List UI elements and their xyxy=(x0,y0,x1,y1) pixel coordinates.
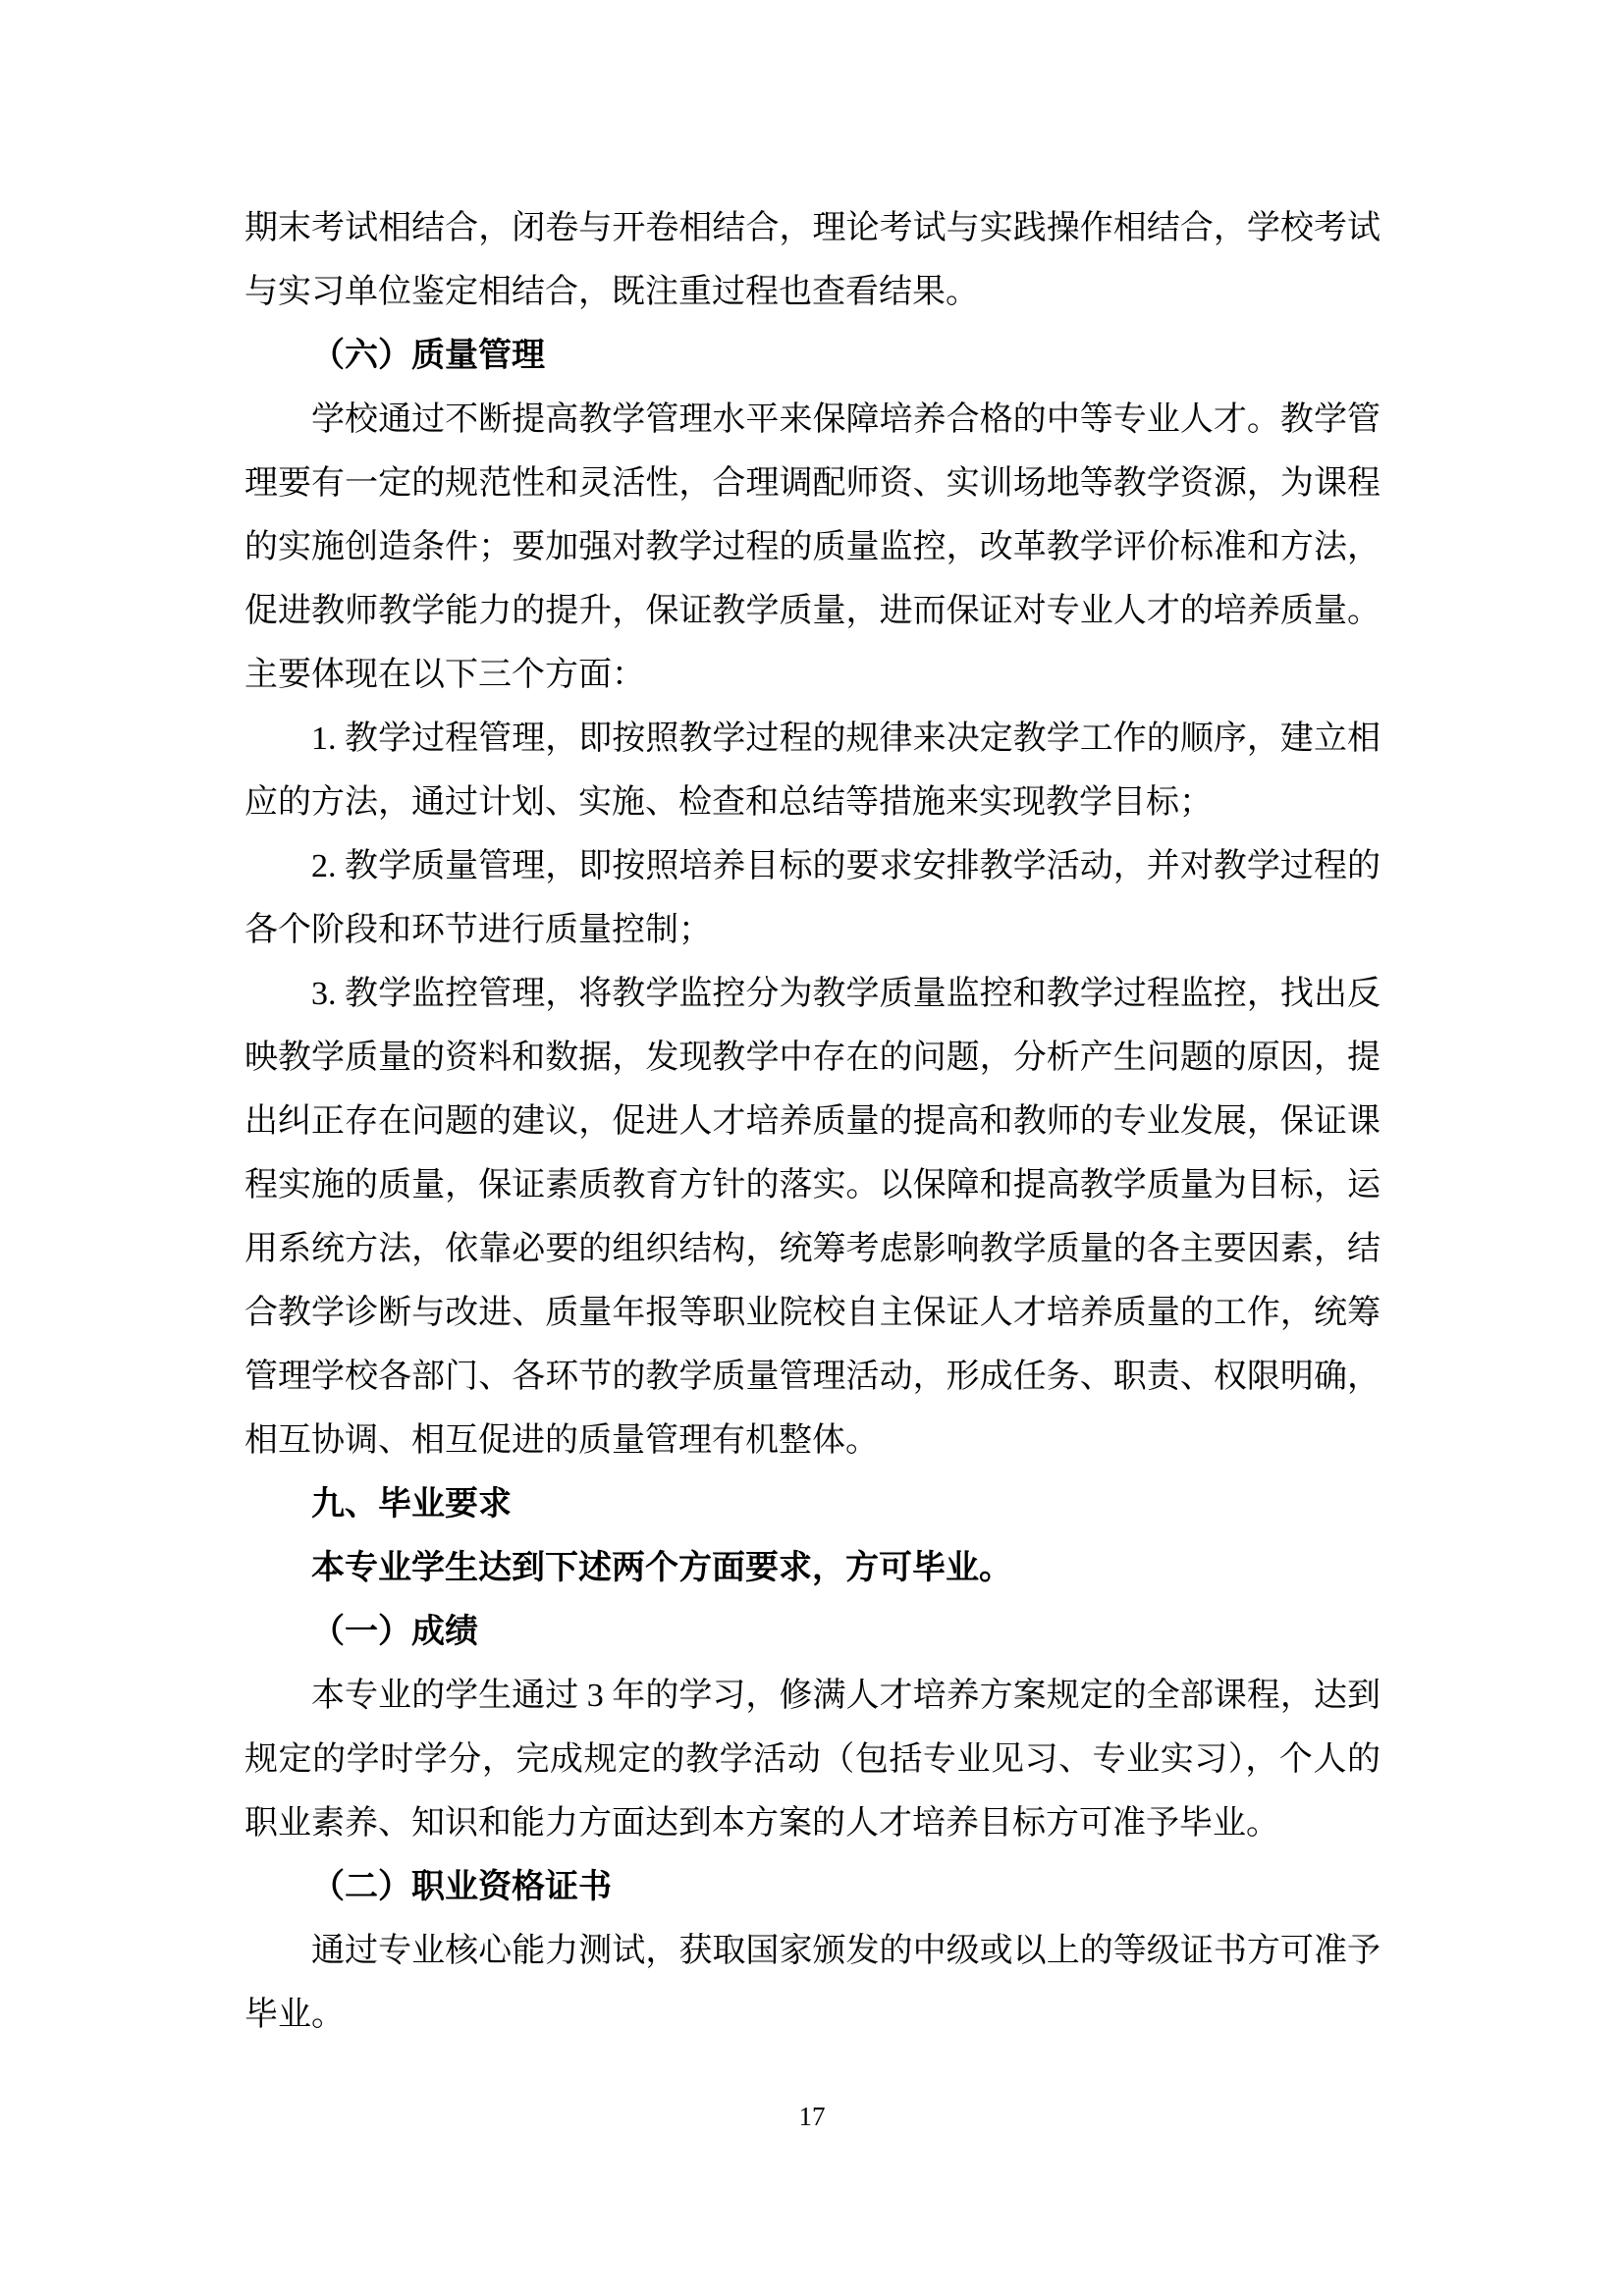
para-grades-detail: 本专业的学生通过 3 年的学习，修满人才培养方案规定的全部课程，达到规定的学时学… xyxy=(244,1664,1380,1855)
para-item-1-teaching-process-management: 1. 教学过程管理，即按照教学过程的规律来决定教学工作的顺序，建立相应的方法，通… xyxy=(244,707,1380,834)
document-page: 期末考试相结合，闭卷与开卷相结合，理论考试与实践操作相结合，学校考试与实习单位鉴… xyxy=(0,0,1624,2296)
para-exam-methods-continuation: 期末考试相结合，闭卷与开卷相结合，理论考试与实践操作相结合，学校考试与实习单位鉴… xyxy=(244,196,1380,324)
heading-9-graduation-requirements: 九、毕业要求 xyxy=(244,1472,1380,1536)
para-item-2-teaching-quality-management: 2. 教学质量管理，即按照培养目标的要求安排教学活动，并对教学过程的各个阶段和环… xyxy=(244,834,1380,962)
page-number: 17 xyxy=(0,2099,1624,2134)
para-graduation-requirements-intro: 本专业学生达到下述两个方面要求，方可毕业。 xyxy=(244,1536,1380,1600)
para-certificate-detail: 通过专业核心能力测试，获取国家颁发的中级或以上的等级证书方可准予毕业。 xyxy=(244,1919,1380,2047)
heading-9-1-grades: （一）成绩 xyxy=(244,1600,1380,1664)
para-item-3-teaching-monitoring-management: 3. 教学监控管理，将教学监控分为教学质量监控和教学过程监控，找出反映教学质量的… xyxy=(244,962,1380,1472)
heading-6-quality-management: （六）质量管理 xyxy=(244,324,1380,388)
document-body: 期末考试相结合，闭卷与开卷相结合，理论考试与实践操作相结合，学校考试与实习单位鉴… xyxy=(244,196,1380,2047)
para-quality-management-intro: 学校通过不断提高教学管理水平来保障培养合格的中等专业人才。教学管理要有一定的规范… xyxy=(244,388,1380,707)
heading-9-2-vocational-certificate: （二）职业资格证书 xyxy=(244,1855,1380,1919)
